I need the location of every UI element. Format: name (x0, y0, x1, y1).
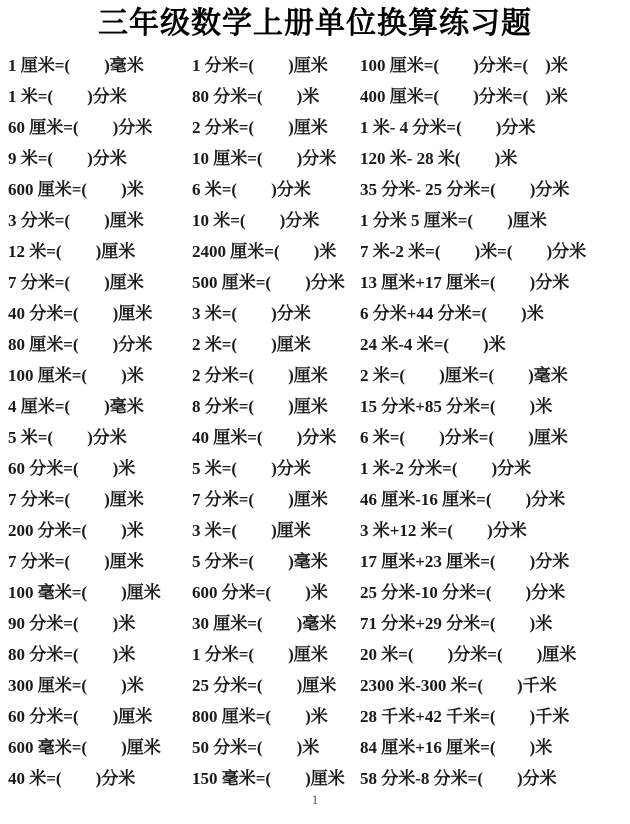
problem-item: 7 分米=( )厘米 (8, 544, 182, 575)
problem-item: 6 米=( )分米 (192, 172, 358, 203)
problem-item: 80 分米=( )米 (8, 637, 182, 668)
problem-item: 150 毫米=( )厘米 (192, 761, 358, 792)
problem-item: 13 厘米+17 厘米=( )分米 (360, 265, 630, 296)
problem-item: 5 米=( )分米 (192, 451, 358, 482)
problem-item: 40 厘米=( )分米 (192, 420, 358, 451)
problem-item: 7 分米=( )厘米 (8, 482, 182, 513)
problem-item: 46 厘米-16 厘米=( )分米 (360, 482, 630, 513)
problems-area: 1 厘米=( )毫米1 米=( )分米60 厘米=( )分米9 米=( )分米6… (0, 48, 630, 792)
problem-item: 84 厘米+16 厘米=( )米 (360, 730, 630, 761)
problem-item: 40 米=( )分米 (8, 761, 182, 792)
problem-item: 3 分米=( )厘米 (8, 203, 182, 234)
problem-item: 1 米- 4 分米=( )分米 (360, 110, 630, 141)
problem-item: 28 千米+42 千米=( )千米 (360, 699, 630, 730)
problem-item: 60 厘米=( )分米 (8, 110, 182, 141)
problem-item: 8 分米=( )厘米 (192, 389, 358, 420)
problem-item: 80 厘米=( )分米 (8, 327, 182, 358)
problem-item: 2 分米=( )厘米 (192, 110, 358, 141)
problem-item: 60 分米=( )米 (8, 451, 182, 482)
problem-item: 50 分米=( )米 (192, 730, 358, 761)
problem-item: 5 分米=( )毫米 (192, 544, 358, 575)
page-title: 三年级数学上册单位换算练习题 (0, 5, 630, 43)
problem-item: 15 分米+85 分米=( )米 (360, 389, 630, 420)
problem-item: 1 厘米=( )毫米 (8, 48, 182, 79)
problem-item: 35 分米- 25 分米=( )分米 (360, 172, 630, 203)
problems-column-3: 100 厘米=( )分米=( )米400 厘米=( )分米=( )米1 米- 4… (358, 48, 630, 792)
problem-item: 40 分米=( )厘米 (8, 296, 182, 327)
problem-item: 1 分米 5 厘米=( )厘米 (360, 203, 630, 234)
problem-item: 800 厘米=( )米 (192, 699, 358, 730)
problem-item: 500 厘米=( )分米 (192, 265, 358, 296)
problem-item: 120 米- 28 米( )米 (360, 141, 630, 172)
problems-column-2: 1 分米=( )厘米80 分米=( )米2 分米=( )厘米10 厘米=( )分… (182, 48, 358, 792)
problem-item: 600 分米=( )米 (192, 575, 358, 606)
problem-item: 17 厘米+23 厘米=( )分米 (360, 544, 630, 575)
problem-item: 600 毫米=( )厘米 (8, 730, 182, 761)
problem-item: 300 厘米=( )米 (8, 668, 182, 699)
problem-item: 10 米=( )分米 (192, 203, 358, 234)
problem-item: 3 米=( )厘米 (192, 513, 358, 544)
problem-item: 30 厘米=( )毫米 (192, 606, 358, 637)
problem-item: 80 分米=( )米 (192, 79, 358, 110)
problem-item: 4 厘米=( )毫米 (8, 389, 182, 420)
problem-item: 2400 厘米=( )米 (192, 234, 358, 265)
problem-item: 6 分米+44 分米=( )米 (360, 296, 630, 327)
problem-item: 25 分米=( )厘米 (192, 668, 358, 699)
problem-item: 1 米=( )分米 (8, 79, 182, 110)
problem-item: 100 厘米=( )米 (8, 358, 182, 389)
problem-item: 7 米-2 米=( )米=( )分米 (360, 234, 630, 265)
problem-item: 1 分米=( )厘米 (192, 48, 358, 79)
problem-item: 200 分米=( )米 (8, 513, 182, 544)
problems-column-1: 1 厘米=( )毫米1 米=( )分米60 厘米=( )分米9 米=( )分米6… (0, 48, 182, 792)
page-number: 1 (0, 792, 630, 808)
problem-item: 20 米=( )分米=( )厘米 (360, 637, 630, 668)
problem-item: 400 厘米=( )分米=( )米 (360, 79, 630, 110)
problem-item: 71 分米+29 分米=( )米 (360, 606, 630, 637)
problem-item: 60 分米=( )厘米 (8, 699, 182, 730)
problem-item: 100 毫米=( )厘米 (8, 575, 182, 606)
problem-item: 2 分米=( )厘米 (192, 358, 358, 389)
problem-item: 100 厘米=( )分米=( )米 (360, 48, 630, 79)
problem-item: 7 分米=( )厘米 (8, 265, 182, 296)
problem-item: 24 米-4 米=( )米 (360, 327, 630, 358)
problem-item: 58 分米-8 分米=( )分米 (360, 761, 630, 792)
problem-item: 5 米=( )分米 (8, 420, 182, 451)
problem-item: 10 厘米=( )分米 (192, 141, 358, 172)
problem-item: 2 米=( )厘米=( )毫米 (360, 358, 630, 389)
problem-item: 1 米-2 分米=( )分米 (360, 451, 630, 482)
problem-item: 2300 米-300 米=( )千米 (360, 668, 630, 699)
problem-item: 3 米+12 米=( )分米 (360, 513, 630, 544)
problem-item: 9 米=( )分米 (8, 141, 182, 172)
problem-item: 25 分米-10 分米=( )分米 (360, 575, 630, 606)
problem-item: 3 米=( )分米 (192, 296, 358, 327)
problem-item: 1 分米=( )厘米 (192, 637, 358, 668)
problem-item: 12 米=( )厘米 (8, 234, 182, 265)
worksheet-page: 三年级数学上册单位换算练习题 1 厘米=( )毫米1 米=( )分米60 厘米=… (0, 0, 630, 824)
problem-item: 7 分米=( )厘米 (192, 482, 358, 513)
problem-item: 2 米=( )厘米 (192, 327, 358, 358)
problem-item: 90 分米=( )米 (8, 606, 182, 637)
problem-item: 600 厘米=( )米 (8, 172, 182, 203)
problem-item: 6 米=( )分米=( )厘米 (360, 420, 630, 451)
